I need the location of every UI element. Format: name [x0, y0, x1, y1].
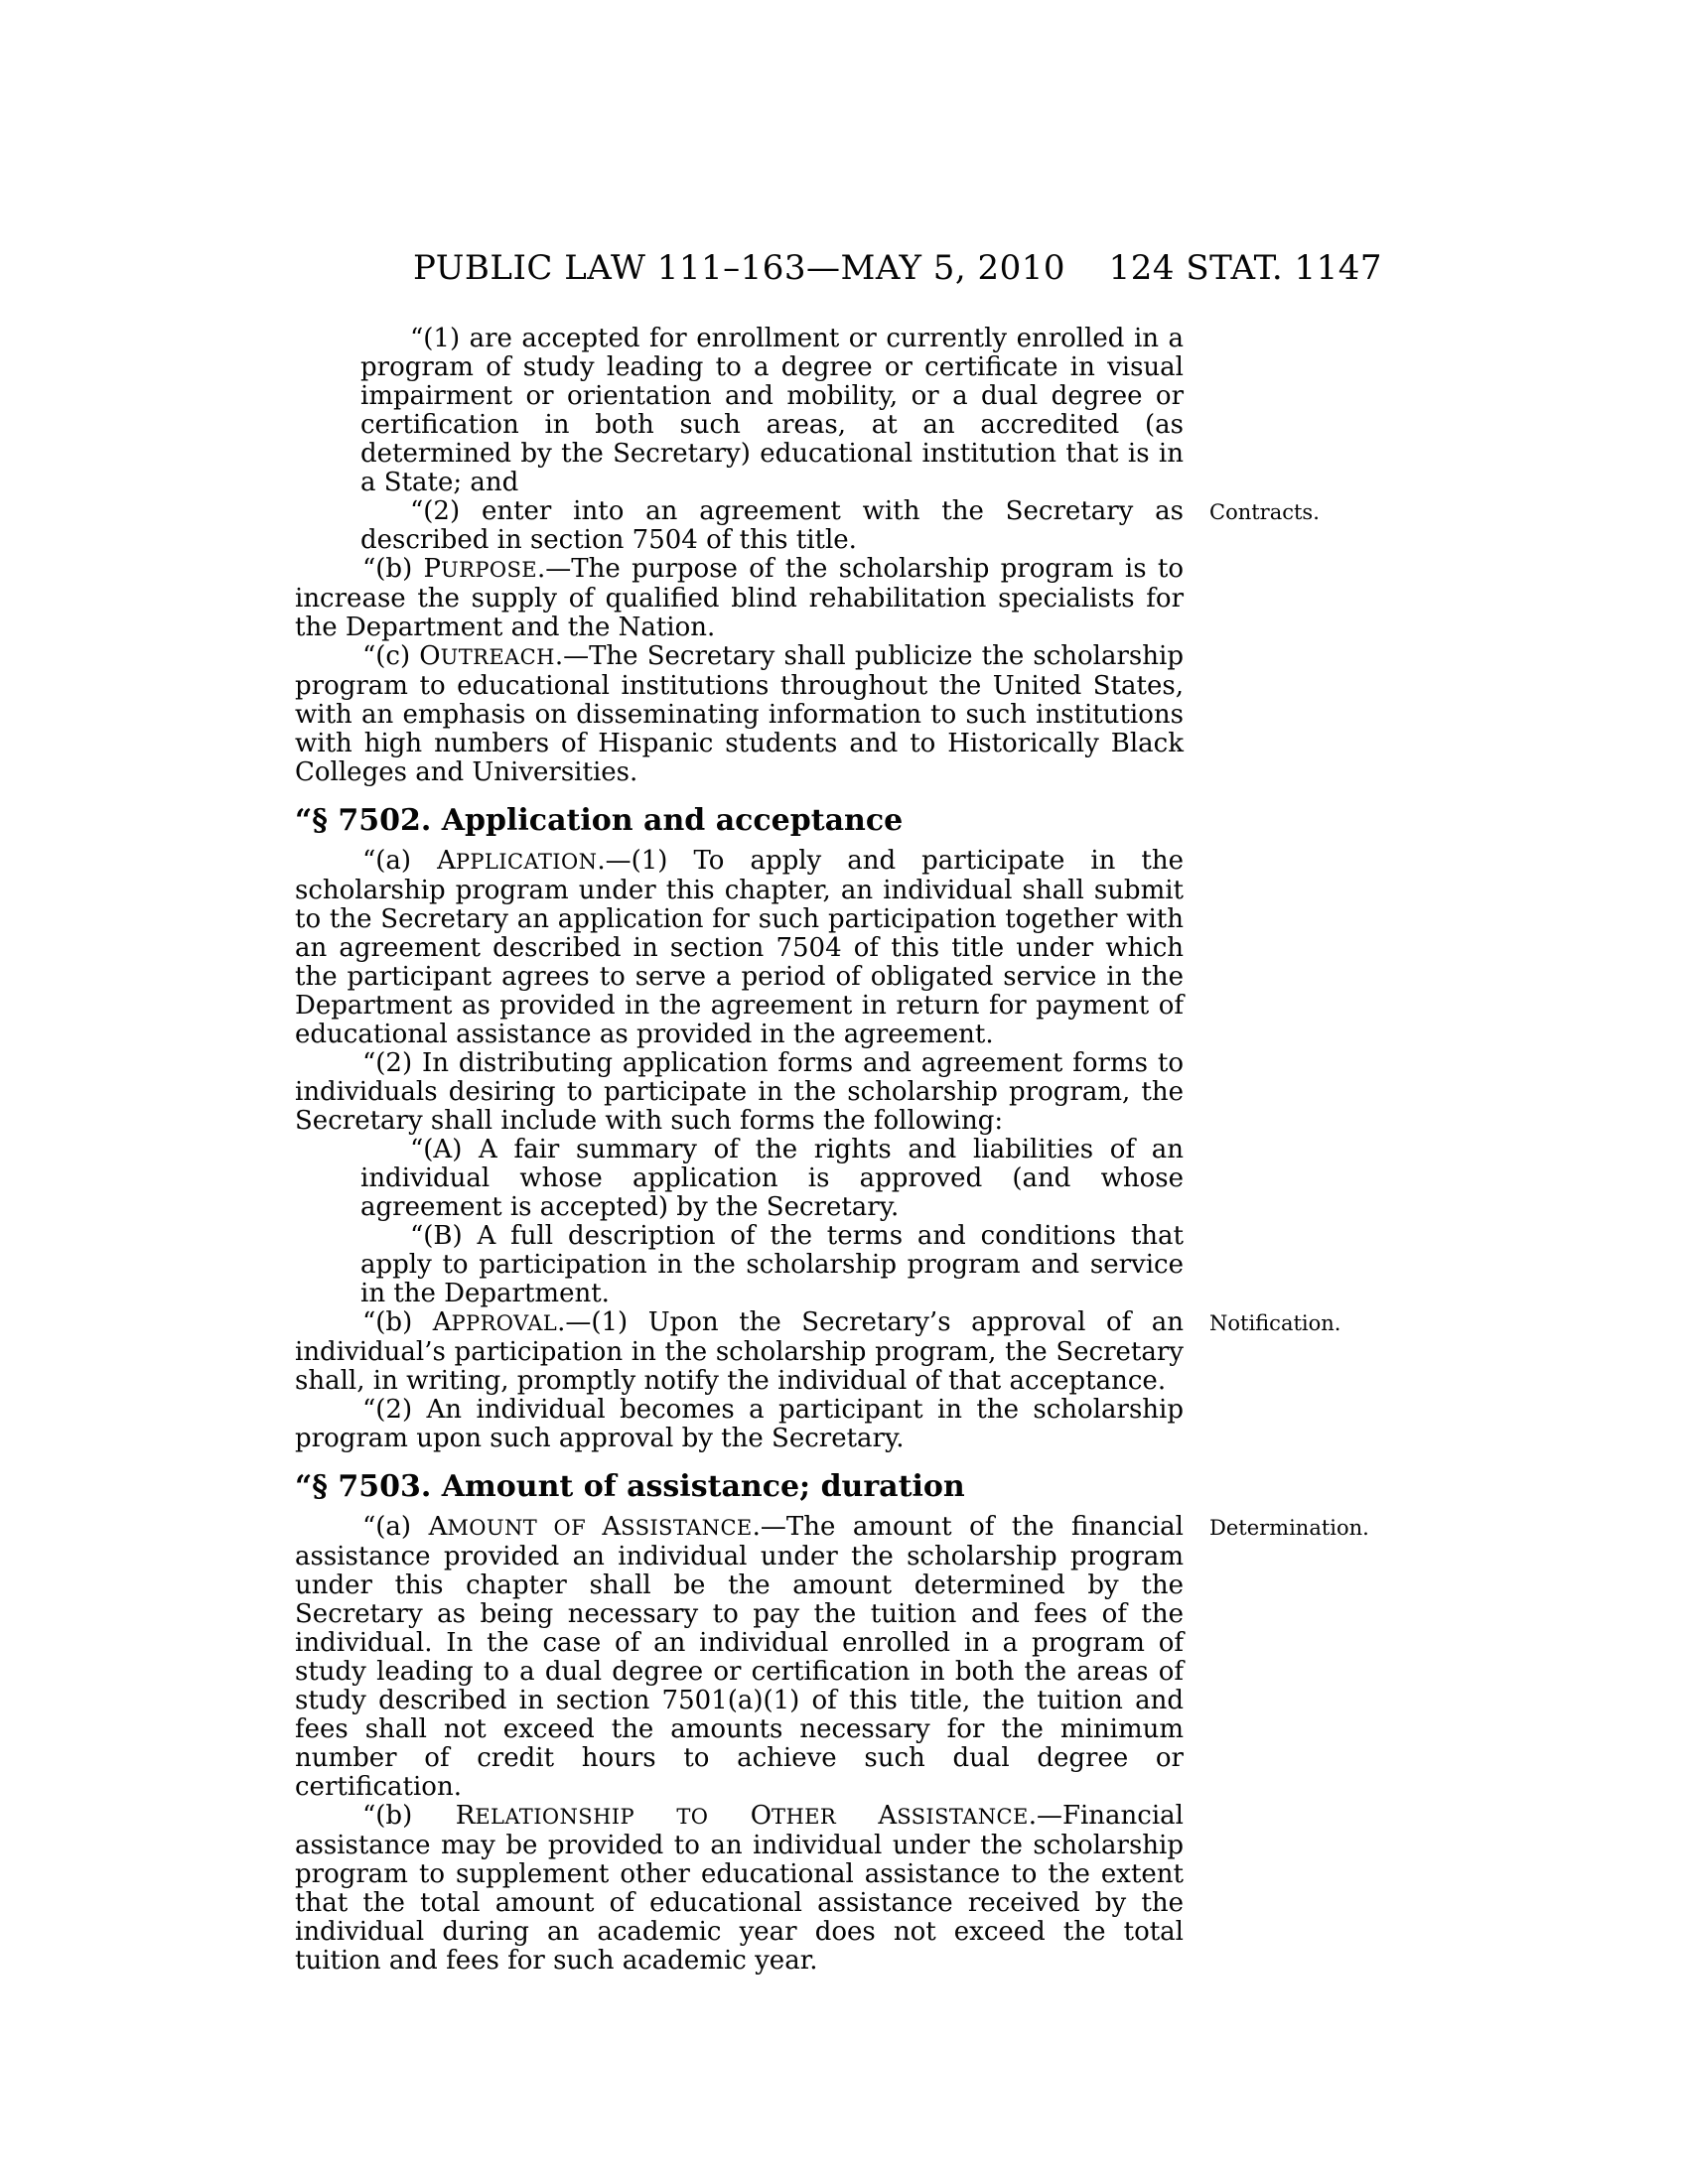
- statute-paragraph: “(A) A fair summary of the rights and li…: [360, 1136, 1184, 1222]
- small-caps-run: ssistance: [621, 1516, 752, 1540]
- text-run: “(b) P: [362, 554, 441, 584]
- statute-paragraph: “(1) are accepted for enrollment or curr…: [360, 325, 1184, 497]
- running-head-law-title: PUBLIC LAW 111–163—MAY 5, 2010: [295, 248, 1184, 288]
- text-run: “(1) are accepted for enrollment or curr…: [360, 324, 1184, 497]
- page-header: PUBLIC LAW 111–163—MAY 5, 2010 124 STAT.…: [295, 248, 1382, 292]
- running-head-page-number: 124 STAT. 1147: [1109, 248, 1382, 288]
- text-run: “(a) A: [362, 846, 456, 876]
- small-caps-run: utreach: [441, 645, 555, 669]
- margin-note: Determination.: [1209, 1516, 1369, 1540]
- statute-paragraph: “(B) A full description of the terms and…: [360, 1222, 1184, 1308]
- text-run: “(b) R: [362, 1801, 475, 1831]
- section-heading: “§ 7503. Amount of assistance; duration: [295, 1467, 1184, 1507]
- text-run: .—The amount of the financial assistance…: [295, 1512, 1184, 1802]
- statute-paragraph: “(a) Application.—(1) To apply and parti…: [295, 847, 1184, 1049]
- statute-paragraph: “(b) Purpose.—The purpose of the scholar…: [295, 555, 1184, 642]
- statute-page: PUBLIC LAW 111–163—MAY 5, 2010 124 STAT.…: [0, 0, 1688, 2184]
- text-run: “(2) enter into an agreement with the Se…: [360, 496, 1184, 555]
- statute-paragraph: “(b) Approval.—(1) Upon the Secretary’s …: [295, 1308, 1184, 1396]
- small-caps-run: ssistance: [897, 1805, 1028, 1829]
- statute-paragraph: “(2) enter into an agreement with the Se…: [360, 497, 1184, 555]
- text-run: “§ 7502. Application and acceptance: [295, 803, 903, 838]
- small-caps-run: elationship to: [475, 1805, 750, 1829]
- text-run: “(c) O: [362, 641, 441, 671]
- statute-paragraph: “(2) An individual becomes a participant…: [295, 1396, 1184, 1453]
- statute-paragraph: “(2) In distributing application forms a…: [295, 1049, 1184, 1136]
- text-run: .—(1) To apply and participate in the sc…: [295, 846, 1184, 1049]
- statute-paragraph: “(a) Amount of Assistance.—The amount of…: [295, 1513, 1184, 1802]
- statute-paragraph: “(c) Outreach.—The Secretary shall publi…: [295, 642, 1184, 787]
- text-run: “(a) A: [362, 1512, 447, 1542]
- statute-paragraph: “(b) Relationship to Other Assistance.—F…: [295, 1802, 1184, 1976]
- text-run: “(A) A fair summary of the rights and li…: [360, 1135, 1184, 1222]
- small-caps-run: pplication: [456, 850, 597, 874]
- small-caps-run: ther: [772, 1805, 878, 1829]
- text-run: “(b) A: [362, 1307, 452, 1337]
- text-run: “(B) A full description of the terms and…: [360, 1221, 1184, 1308]
- text-run: A: [602, 1512, 621, 1542]
- small-caps-run: pproval: [452, 1311, 558, 1335]
- text-run: “§ 7503. Amount of assistance; duration: [295, 1469, 965, 1504]
- small-caps-run: urpose: [441, 558, 537, 582]
- text-run: “(2) An individual becomes a participant…: [295, 1395, 1184, 1453]
- section-heading: “§ 7502. Application and acceptance: [295, 801, 1184, 841]
- text-run: O: [751, 1801, 772, 1831]
- statute-text: “(1) are accepted for enrollment or curr…: [295, 325, 1184, 1976]
- text-run: “(2) In distributing application forms a…: [295, 1048, 1184, 1136]
- margin-note: Contracts.: [1209, 500, 1320, 524]
- text-run: A: [878, 1801, 897, 1831]
- margin-note: Notification.: [1209, 1311, 1340, 1335]
- small-caps-run: mount of: [447, 1516, 602, 1540]
